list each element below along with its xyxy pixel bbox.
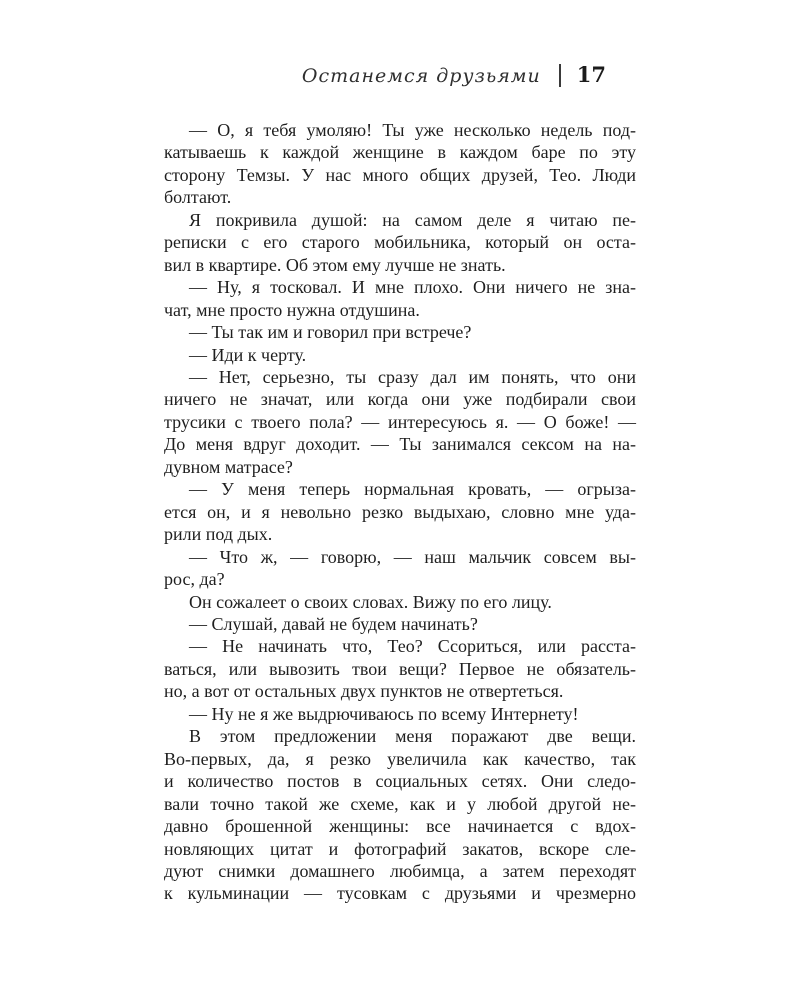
paragraph: — Что ж, — говорю, — наш мальчик совсем … bbox=[164, 546, 636, 591]
paragraph: — Ты так им и говорил при встрече? bbox=[164, 321, 636, 343]
text-line: чат, мне просто нужна отдушина. bbox=[164, 299, 636, 321]
paragraph: — Слушай, давай не будем начинать? bbox=[164, 613, 636, 635]
paragraph: — О, я тебя умоляю! Ты уже несколько нед… bbox=[164, 119, 636, 209]
text-line: ваться, или вывозить твои вещи? Первое н… bbox=[164, 658, 636, 680]
text-line: Он сожалеет о своих словах. Вижу по его … bbox=[164, 591, 636, 613]
paragraph: Я покривила душой: на самом деле я читаю… bbox=[164, 209, 636, 276]
text-line: дуют снимки домашнего любимца, а затем п… bbox=[164, 860, 636, 882]
text-line: но, а вот от остальных двух пунктов не о… bbox=[164, 680, 636, 702]
text-line: — Что ж, — говорю, — наш мальчик совсем … bbox=[164, 546, 636, 568]
paragraph: — У меня теперь нормальная кровать, — ог… bbox=[164, 478, 636, 545]
text-line: ется он, и я невольно резко выдыхаю, сло… bbox=[164, 501, 636, 523]
text-line: рос, да? bbox=[164, 568, 636, 590]
text-line: вил в квартире. Об этом ему лучше не зна… bbox=[164, 254, 636, 276]
text-line: — У меня теперь нормальная кровать, — ог… bbox=[164, 478, 636, 500]
text-line: Я покривила душой: на самом деле я читаю… bbox=[164, 209, 636, 231]
text-line: — Иди к черту. bbox=[164, 344, 636, 366]
text-line: рили под дых. bbox=[164, 523, 636, 545]
text-line: давно брошенной женщины: все начинается … bbox=[164, 815, 636, 837]
text-line: катываешь к каждой женщине в каждом баре… bbox=[164, 141, 636, 163]
text-line: болтают. bbox=[164, 186, 636, 208]
text-line: До меня вдруг доходит. — Ты занимался се… bbox=[164, 433, 636, 455]
text-line: сторону Темзы. У нас много общих друзей,… bbox=[164, 164, 636, 186]
page-number: 17 bbox=[577, 62, 606, 87]
text-line: трусики с твоего пола? — интересуюсь я. … bbox=[164, 411, 636, 433]
text-line: — О, я тебя умоляю! Ты уже несколько нед… bbox=[164, 119, 636, 141]
text-line: Во-первых, да, я резко увеличила как кач… bbox=[164, 748, 636, 770]
running-header: Останемся друзьями17 bbox=[164, 62, 636, 87]
text-line: к кульминации — тусовкам с друзьями и чр… bbox=[164, 882, 636, 904]
paragraph: Он сожалеет о своих словах. Вижу по его … bbox=[164, 591, 636, 613]
text-line: новляющих цитат и фотографий закатов, вс… bbox=[164, 838, 636, 860]
running-title: Останемся друзьями bbox=[302, 65, 541, 87]
paragraph: — Не начинать что, Тео? Ссориться, или р… bbox=[164, 635, 636, 702]
header-separator bbox=[559, 64, 561, 87]
text-line: — Не начинать что, Тео? Ссориться, или р… bbox=[164, 635, 636, 657]
text-line: ничего не значат, или когда они уже подб… bbox=[164, 388, 636, 410]
text-line: — Ты так им и говорил при встрече? bbox=[164, 321, 636, 343]
paragraph: — Ну не я же выдрючиваюсь по всему Интер… bbox=[164, 703, 636, 725]
text-line: вали точно такой же схеме, как и у любой… bbox=[164, 793, 636, 815]
text-line: В этом предложении меня поражают две вещ… bbox=[164, 725, 636, 747]
text-line: — Ну, я тосковал. И мне плохо. Они ничег… bbox=[164, 276, 636, 298]
paragraph: — Иди к черту. bbox=[164, 344, 636, 366]
paragraph: — Ну, я тосковал. И мне плохо. Они ничег… bbox=[164, 276, 636, 321]
text-line: и количество постов в социальных сетях. … bbox=[164, 770, 636, 792]
book-page: Останемся друзьями17 — О, я тебя умоляю!… bbox=[0, 0, 800, 1000]
text-line: — Слушай, давай не будем начинать? bbox=[164, 613, 636, 635]
paragraph: В этом предложении меня поражают две вещ… bbox=[164, 725, 636, 905]
text-line: — Нет, серьезно, ты сразу дал им понять,… bbox=[164, 366, 636, 388]
paragraph: — Нет, серьезно, ты сразу дал им понять,… bbox=[164, 366, 636, 478]
text-line: реписки с его старого мобильника, которы… bbox=[164, 231, 636, 253]
text-line: дувном матрасе? bbox=[164, 456, 636, 478]
text-block: — О, я тебя умоляю! Ты уже несколько нед… bbox=[164, 119, 636, 905]
text-line: — Ну не я же выдрючиваюсь по всему Интер… bbox=[164, 703, 636, 725]
